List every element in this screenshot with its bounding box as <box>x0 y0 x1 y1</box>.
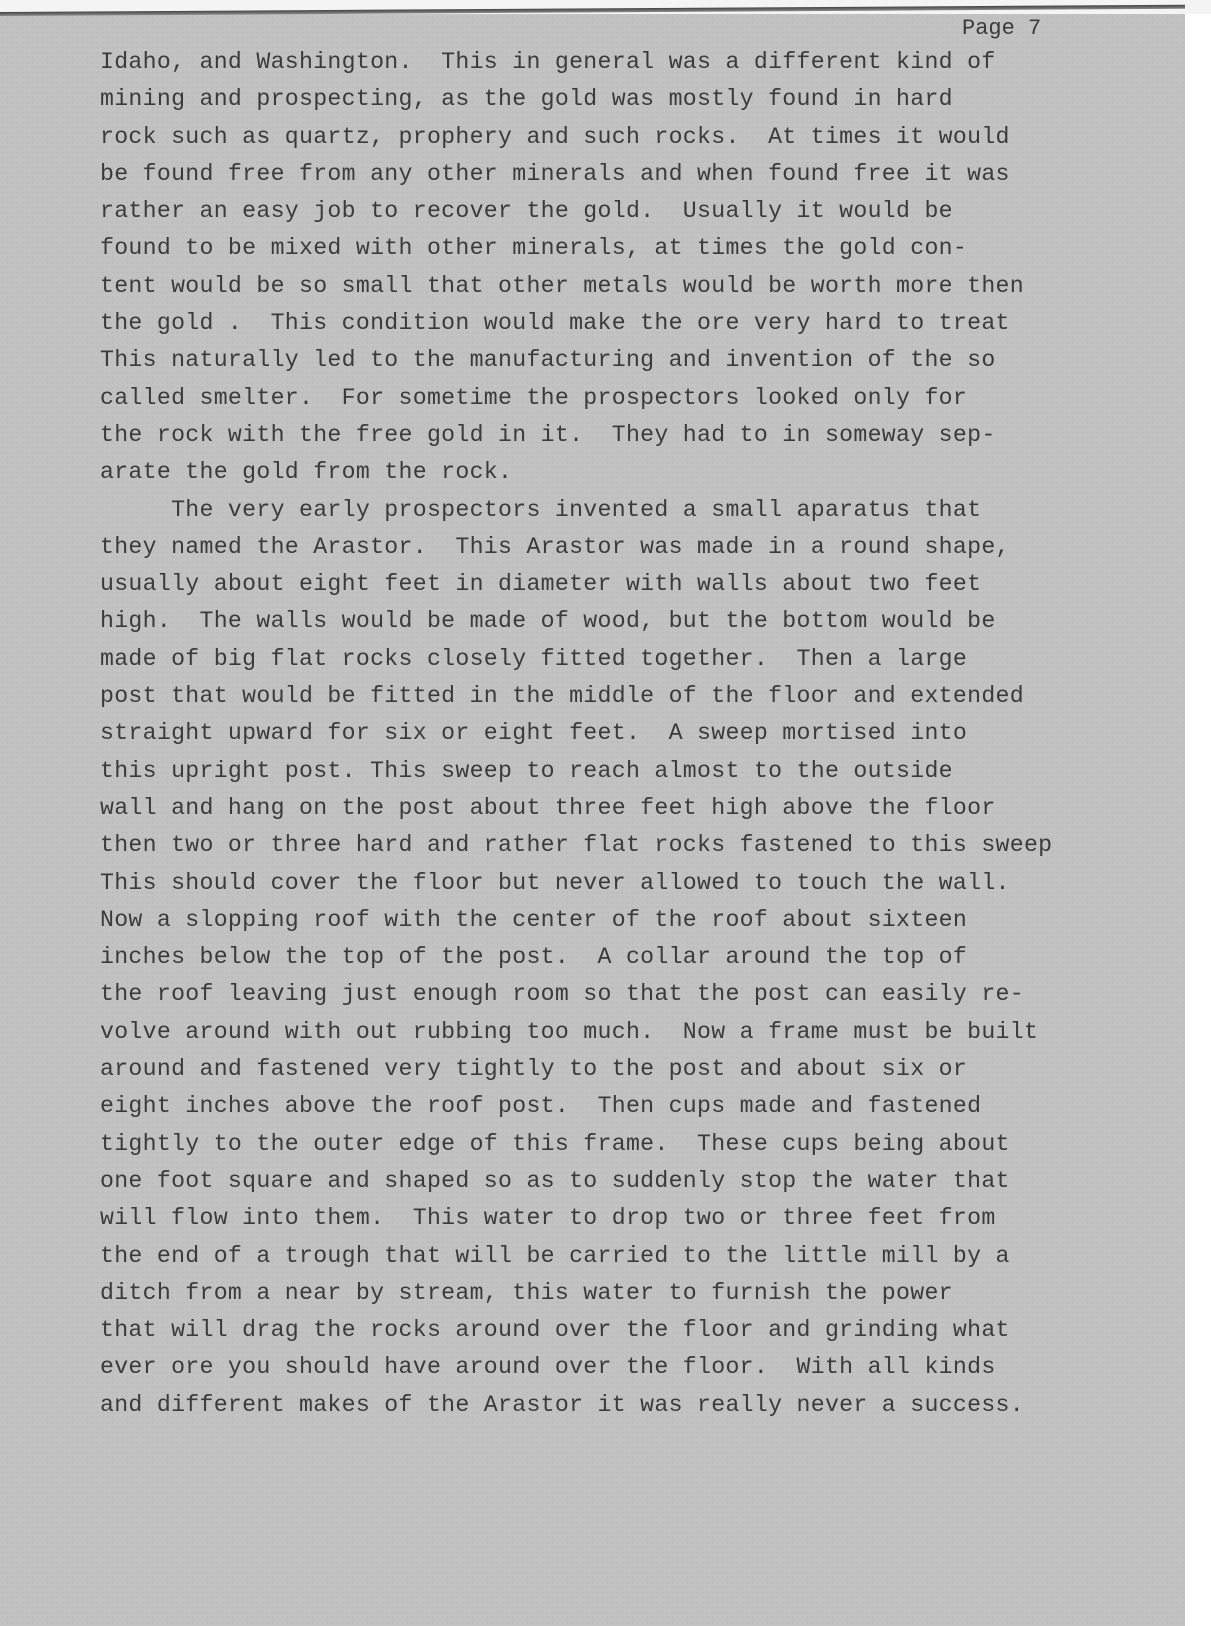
text-line: the end of a trough that will be carried… <box>100 1238 1160 1275</box>
text-line: made of big flat rocks closely fitted to… <box>100 641 1160 678</box>
text-line: Idaho, and Washington. This in general w… <box>100 44 1160 81</box>
text-line: Now a slopping roof with the center of t… <box>100 902 1160 939</box>
page-number: Page 7 <box>962 16 1041 41</box>
text-line: one foot square and shaped so as to sudd… <box>100 1163 1160 1200</box>
text-line: straight upward for six or eight feet. A… <box>100 715 1160 752</box>
text-line: wall and hang on the post about three fe… <box>100 790 1160 827</box>
text-line: then two or three hard and rather flat r… <box>100 827 1160 864</box>
text-line: inches below the top of the post. A coll… <box>100 939 1160 976</box>
text-line: ever ore you should have around over the… <box>100 1349 1160 1386</box>
text-line: mining and prospecting, as the gold was … <box>100 81 1160 118</box>
text-line: high. The walls would be made of wood, b… <box>100 603 1160 640</box>
text-line: This naturally led to the manufacturing … <box>100 342 1160 379</box>
text-line: they named the Arastor. This Arastor was… <box>100 529 1160 566</box>
text-line: post that would be fitted in the middle … <box>100 678 1160 715</box>
text-line: usually about eight feet in diameter wit… <box>100 566 1160 603</box>
text-line: ditch from a near by stream, this water … <box>100 1275 1160 1312</box>
text-line: tent would be so small that other metals… <box>100 268 1160 305</box>
text-line: found to be mixed with other minerals, a… <box>100 230 1160 267</box>
text-line: the roof leaving just enough room so tha… <box>100 976 1160 1013</box>
body-text: Idaho, and Washington. This in general w… <box>100 44 1160 1424</box>
text-line: volve around with out rubbing too much. … <box>100 1014 1160 1051</box>
text-line: the rock with the free gold in it. They … <box>100 417 1160 454</box>
text-line: The very early prospectors invented a sm… <box>100 492 1160 529</box>
text-line: that will drag the rocks around over the… <box>100 1312 1160 1349</box>
text-line: be found free from any other minerals an… <box>100 156 1160 193</box>
text-line: around and fastened very tightly to the … <box>100 1051 1160 1088</box>
text-line: This should cover the floor but never al… <box>100 865 1160 902</box>
text-line: will flow into them. This water to drop … <box>100 1200 1160 1237</box>
text-line: called smelter. For sometime the prospec… <box>100 380 1160 417</box>
text-line: eight inches above the roof post. Then c… <box>100 1088 1160 1125</box>
text-line: arate the gold from the rock. <box>100 454 1160 491</box>
text-line: tightly to the outer edge of this frame.… <box>100 1126 1160 1163</box>
text-line: rock such as quartz, prophery and such r… <box>100 119 1160 156</box>
text-line: this upright post. This sweep to reach a… <box>100 753 1160 790</box>
text-line: the gold . This condition would make the… <box>100 305 1160 342</box>
text-line: rather an easy job to recover the gold. … <box>100 193 1160 230</box>
text-line: and different makes of the Arastor it wa… <box>100 1387 1160 1424</box>
scan-margin <box>1185 0 1211 1626</box>
